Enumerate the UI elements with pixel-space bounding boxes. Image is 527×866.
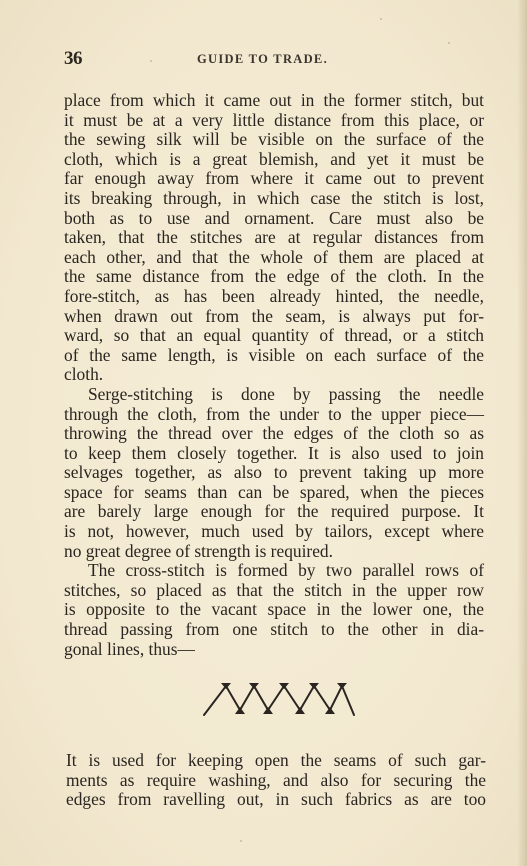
paper-speck bbox=[240, 840, 242, 842]
text-line: edges from ravelling out, in such fabric… bbox=[66, 790, 486, 810]
text-line: stitches, so placed as that the stitch i… bbox=[64, 581, 484, 601]
running-head: 36 GUIDE TO TRADE. bbox=[64, 48, 464, 72]
text-line: space for seams than can be spared, when… bbox=[64, 483, 484, 503]
text-line: gonal lines, thus— bbox=[64, 640, 484, 660]
text-line: It is used for keeping open the seams of… bbox=[66, 751, 486, 771]
paper-speck bbox=[448, 42, 450, 44]
text-line: the sewing silk will be visible on the s… bbox=[64, 130, 484, 150]
body-text: place from which it came out in the form… bbox=[64, 91, 484, 659]
text-line: The cross-stitch is formed by two parall… bbox=[64, 561, 484, 581]
book-page: 36 GUIDE TO TRADE. place from which it c… bbox=[0, 0, 527, 866]
text-line: to keep them closely together. It is als… bbox=[64, 444, 484, 464]
text-line: thread passing from one stitch to the ot… bbox=[64, 620, 484, 640]
paragraph-1: place from which it came out in the form… bbox=[64, 91, 484, 385]
text-line: of the same length, is visible on each s… bbox=[64, 346, 484, 366]
text-line: throwing the thread over the edges of th… bbox=[64, 424, 484, 444]
paragraph-3: The cross-stitch is formed by two parall… bbox=[64, 561, 484, 659]
text-line: are barely large enough for the required… bbox=[64, 502, 484, 522]
text-line: is not, however, much used by tailors, e… bbox=[64, 522, 484, 542]
text-line: selvages together, as also to prevent ta… bbox=[64, 463, 484, 483]
cross-stitch-icon bbox=[196, 678, 356, 718]
text-line: when drawn out from the seam, is always … bbox=[64, 307, 484, 327]
text-line: far enough away from where it came out t… bbox=[64, 169, 484, 189]
text-line: cloth, which is a great blemish, and yet… bbox=[64, 150, 484, 170]
text-line: ward, so that an equal quantity of threa… bbox=[64, 326, 484, 346]
text-line: ments as require washing, and also for s… bbox=[66, 771, 486, 791]
text-line: the same distance from the edge of the c… bbox=[64, 267, 484, 287]
text-line: no great degree of strength is required. bbox=[64, 542, 484, 562]
text-line: its breaking through, in which case the … bbox=[64, 189, 484, 209]
paper-speck bbox=[380, 18, 382, 20]
text-line: fore-stitch, as has been already hinted,… bbox=[64, 287, 484, 307]
text-line: both as to use and ornament. Care must a… bbox=[64, 209, 484, 229]
text-line: taken, that the stitches are at regular … bbox=[64, 228, 484, 248]
running-title: GUIDE TO TRADE. bbox=[197, 52, 328, 67]
page-number: 36 bbox=[64, 48, 82, 70]
cross-stitch-diagram bbox=[196, 678, 356, 718]
body-text-after-figure: It is used for keeping open the seams of… bbox=[66, 751, 486, 810]
text-line: Serge-stitching is done by passing the n… bbox=[64, 385, 484, 405]
text-line: each other, and that the whole of them a… bbox=[64, 248, 484, 268]
text-line: through the cloth, from the under to the… bbox=[64, 405, 484, 425]
text-line: is opposite to the vacant space in the l… bbox=[64, 600, 484, 620]
page-edge-shadow bbox=[517, 0, 527, 866]
text-line: it must be at a very little distance fro… bbox=[64, 111, 484, 131]
paragraph-2: Serge-stitching is done by passing the n… bbox=[64, 385, 484, 561]
text-line: cloth. bbox=[64, 365, 484, 385]
text-line: place from which it came out in the form… bbox=[64, 91, 484, 111]
